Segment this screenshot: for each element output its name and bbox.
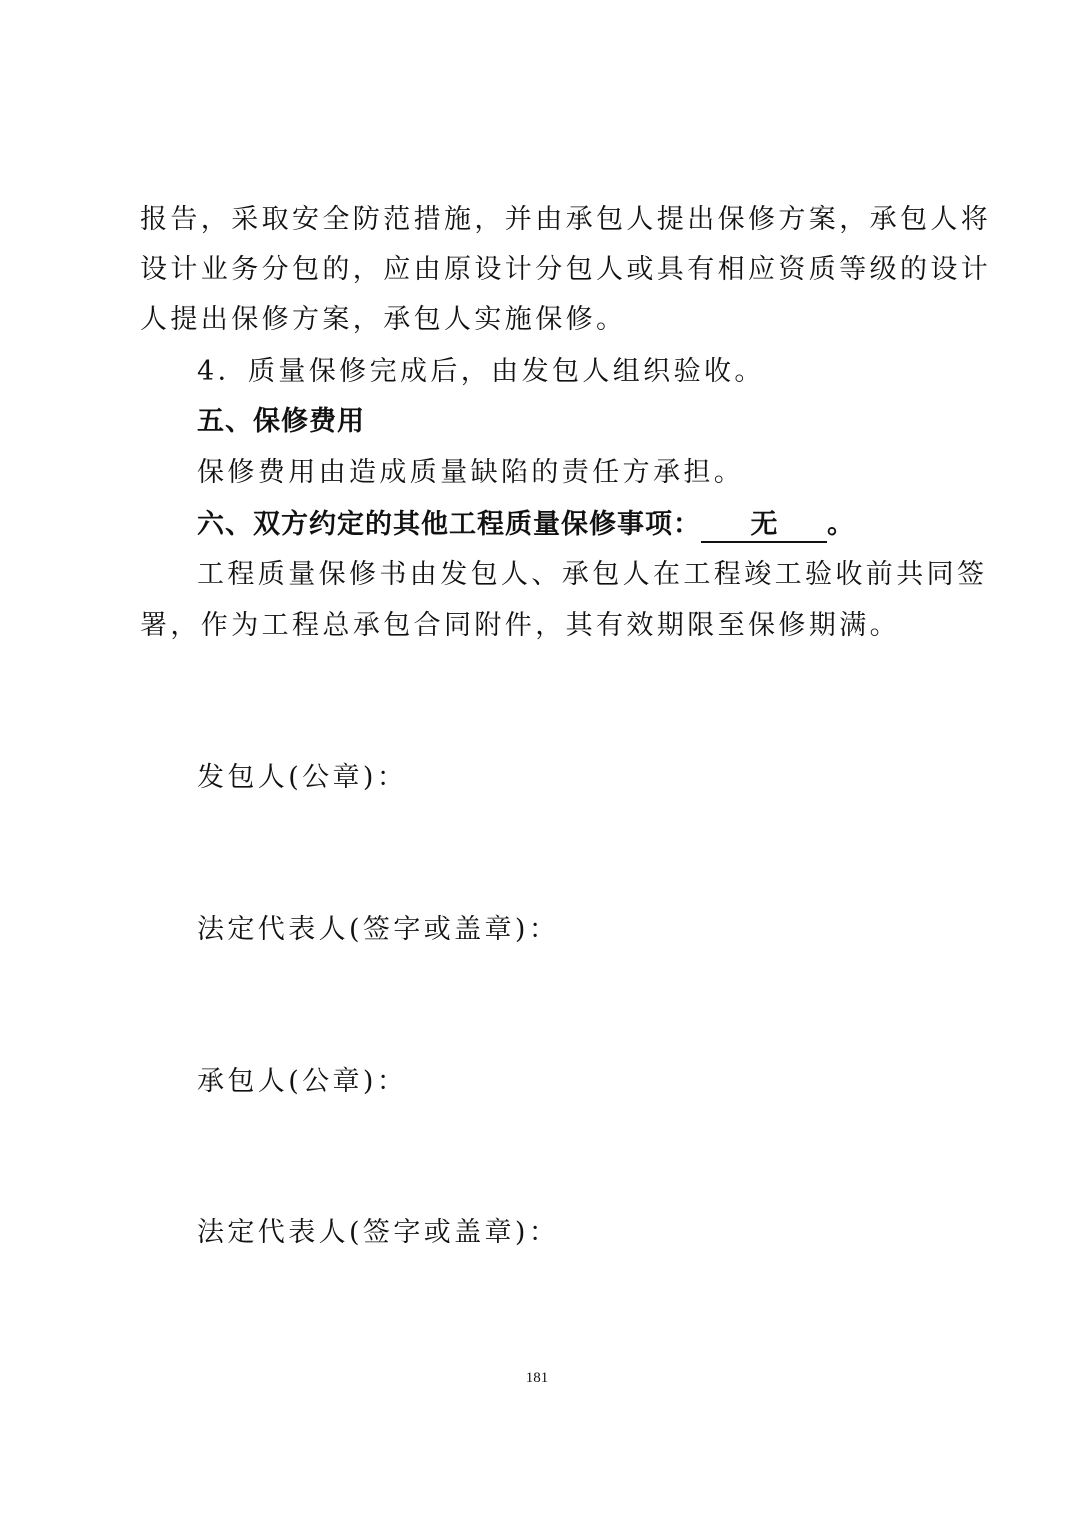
list-item-4: 4．质量保修完成后，由发包人组织验收。 (197, 352, 765, 392)
paragraph-line: 设计业务分包的，应由原设计分包人或具有相应资质等级的设计 (140, 250, 991, 290)
fill-in-blank: 无 (701, 509, 827, 543)
page-number: 181 (0, 1370, 1074, 1387)
paragraph-line: 工程质量保修书由发包人、承包人在工程竣工验收前共同签 (197, 555, 987, 595)
signature-employer-seal: 发包人(公章)： (197, 758, 407, 798)
signature-employer-representative: 法定代表人(签字或盖章)： (197, 910, 559, 950)
paragraph-line: 人提出保修方案，承包人实施保修。 (140, 300, 626, 340)
paragraph-line: 署，作为工程总承包合同附件，其有效期限至保修期满。 (140, 606, 900, 646)
signature-contractor-seal: 承包人(公章)： (197, 1062, 407, 1102)
section-heading-5: 五、保修费用 (197, 402, 365, 442)
section-heading-6: 六、双方约定的其他工程质量保修事项：无。 (197, 505, 855, 545)
paragraph: 保修费用由造成质量缺陷的责任方承担。 (197, 453, 744, 493)
signature-contractor-representative: 法定代表人(签字或盖章)： (197, 1213, 559, 1253)
heading-6-suffix: 。 (827, 509, 855, 540)
paragraph-line: 报告，采取安全防范措施，并由承包人提出保修方案，承包人将 (140, 200, 991, 240)
heading-6-text: 六、双方约定的其他工程质量保修事项： (197, 509, 701, 540)
